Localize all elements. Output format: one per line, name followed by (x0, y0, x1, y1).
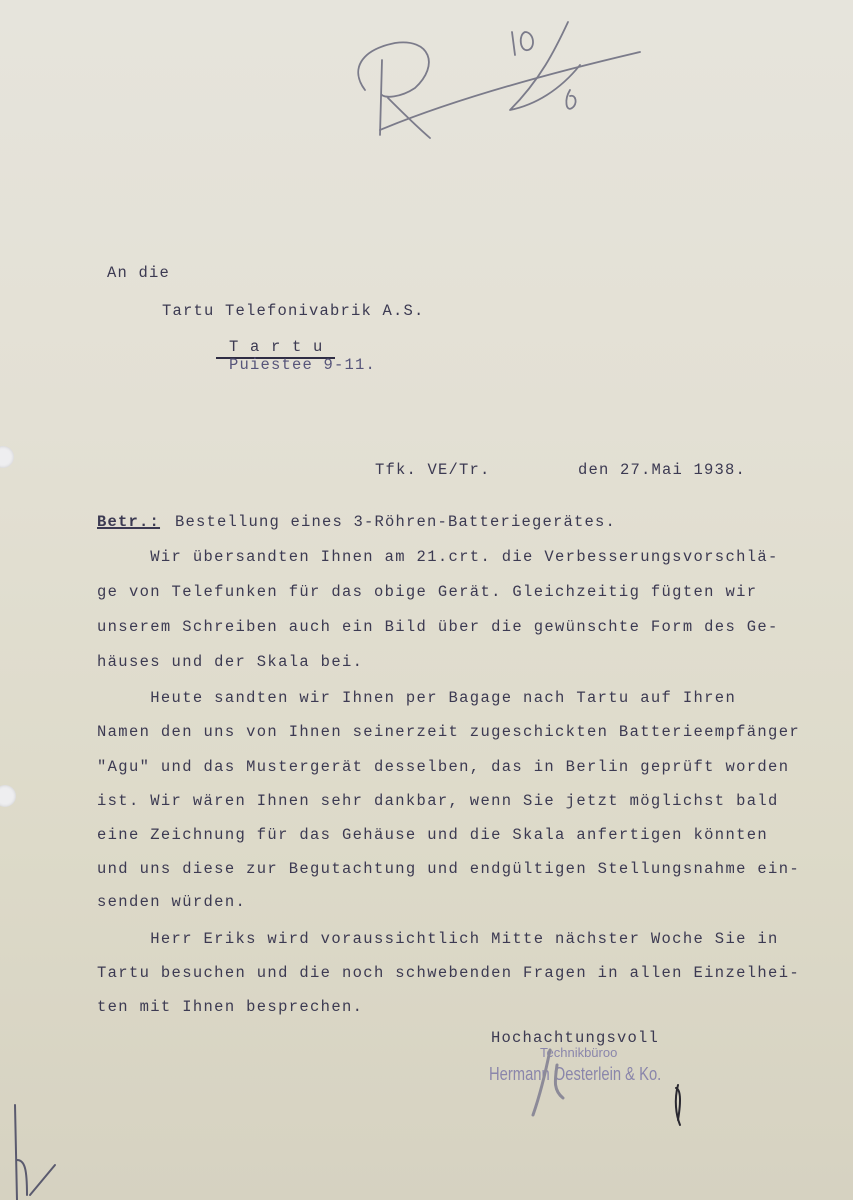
letter-page: An die Tartu Telefonivabrik A.S. T a r t… (0, 0, 853, 1200)
subject-label: Betr.: (97, 513, 160, 531)
subject-text: Bestellung eines 3-Röhren-Batteriegeräte… (175, 513, 616, 531)
body-line: ge von Telefunken für das obige Gerät. G… (97, 583, 757, 601)
signature-ink (668, 1080, 688, 1130)
recipient-street: Puiestee 9-11. (229, 356, 376, 374)
body-line: ten mit Ihnen besprechen. (97, 998, 363, 1016)
recipient-city: T a r t u (229, 338, 324, 356)
body-line: eine Zeichnung für das Gehäuse und die S… (97, 826, 768, 844)
body-line: häuses und der Skala bei. (97, 653, 363, 671)
body-line: Wir übersandten Ihnen am 21.crt. die Ver… (97, 548, 779, 566)
handwritten-mark-bottom-left (5, 1100, 65, 1200)
punch-hole-bottom (0, 785, 16, 807)
body-line: senden würden. (97, 893, 246, 911)
body-line: Herr Eriks wird voraussichtlich Mitte nä… (97, 930, 779, 948)
body-line: Tartu besuchen und die noch schwebenden … (97, 964, 800, 982)
recipient-company: Tartu Telefonivabrik A.S. (162, 302, 425, 320)
salutation: An die (107, 264, 170, 282)
punch-hole-top (0, 446, 14, 468)
body-line: unserem Schreiben auch ein Bild über die… (97, 618, 779, 636)
body-line: und uns diese zur Begutachtung und endgü… (97, 860, 800, 878)
body-line: "Agu" und das Mustergerät desselben, das… (97, 758, 789, 776)
body-line: Heute sandten wir Ihnen per Bagage nach … (97, 689, 736, 707)
signature-pencil (525, 1040, 585, 1120)
handwritten-initial-mark (320, 10, 660, 150)
body-line: ist. Wir wären Ihnen sehr dankbar, wenn … (97, 792, 779, 810)
reference-code: Tfk. VE/Tr. (375, 461, 491, 479)
letter-date: den 27.Mai 1938. (578, 461, 746, 479)
body-line: Namen den uns von Ihnen seinerzeit zuges… (97, 723, 800, 741)
